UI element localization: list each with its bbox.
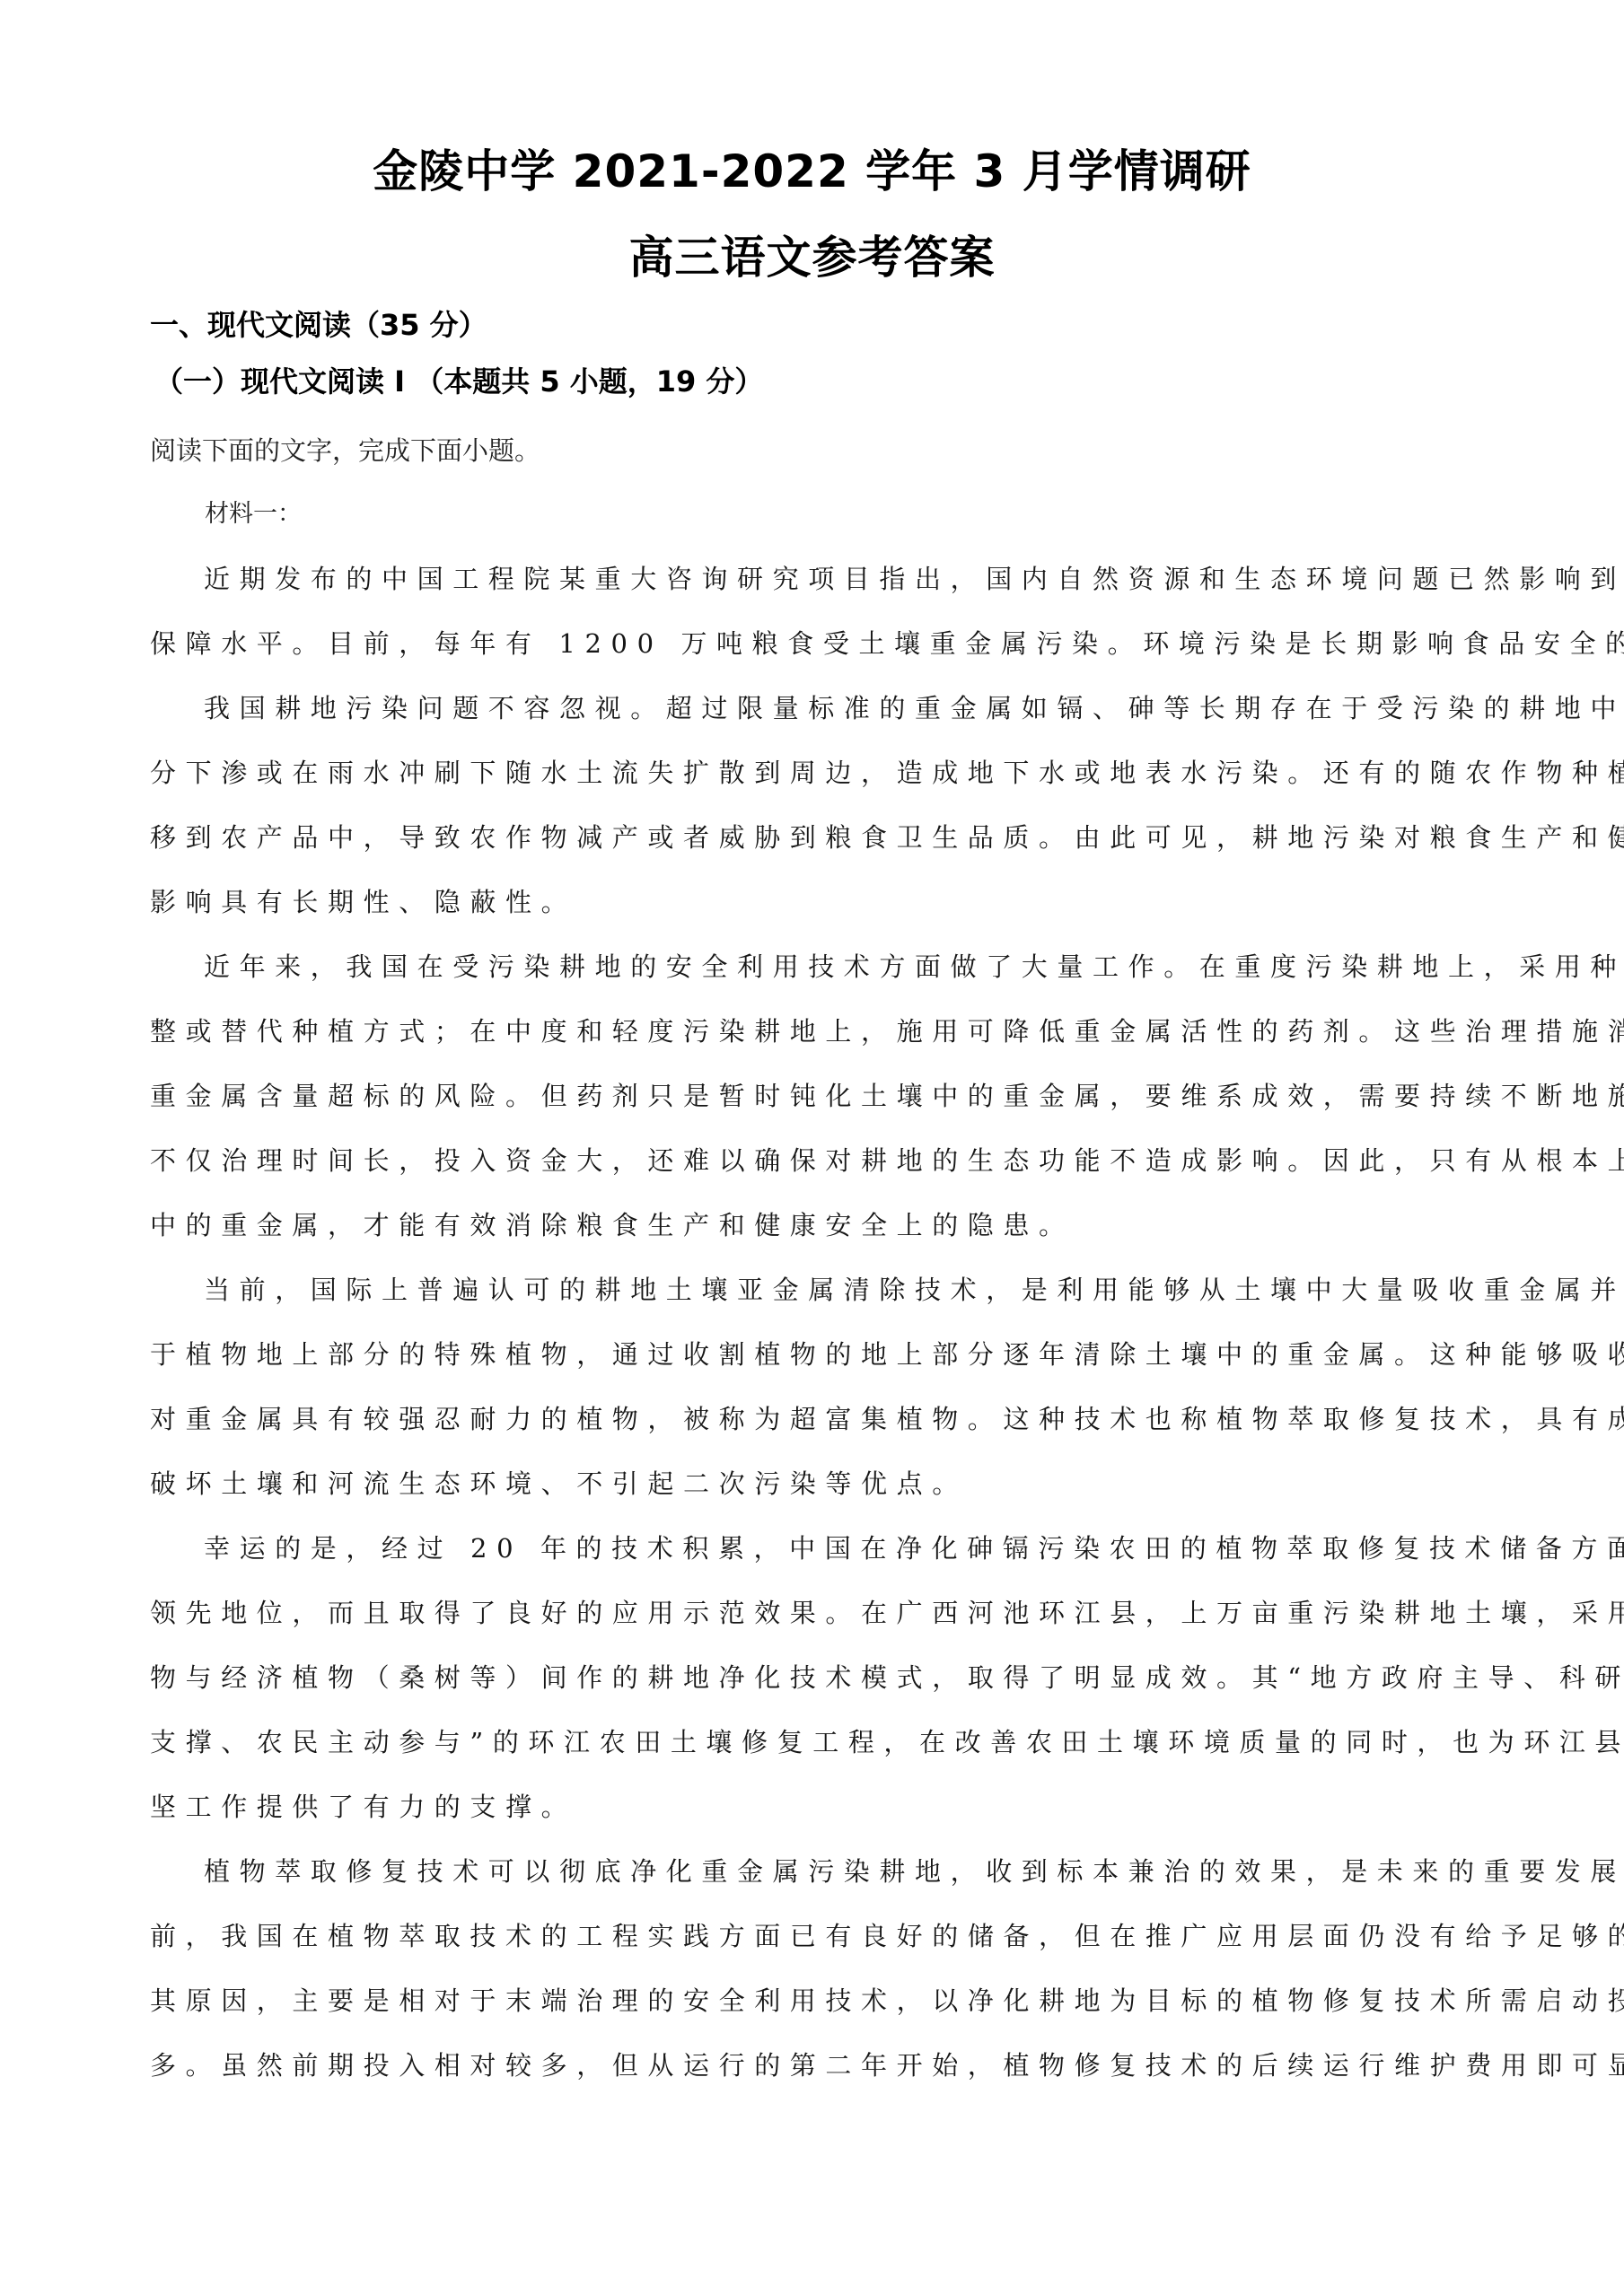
paragraph-1: 近期发布的中国工程院某重大咨询研究项目指出，国内自然资源和生态环境问题已然影响到…	[150, 560, 1474, 689]
paragraph-line: 支撑、农民主动参与”的环江农田土壤修复工程，在改善农田土壤环境质量的同时，也为环…	[150, 1723, 1474, 1788]
paragraph-line: 我国耕地污染问题不容忽视。超过限量标准的重金属如镉、砷等长期存在于受污染的耕地中…	[150, 689, 1474, 754]
paragraph-line: 于植物地上部分的特殊植物，通过收割植物的地上部分逐年清除土壤中的重金属。这种能够…	[150, 1336, 1474, 1400]
paragraph-line: 坚工作提供了有力的支撑。	[150, 1788, 1474, 1853]
paragraph-5: 幸运的是，经过 20 年的技术积累，中国在净化砷镉污染农田的植物萃取修复技术储备…	[150, 1529, 1474, 1853]
paragraph-line: 不仅治理时间长，投入资金大，还难以确保对耕地的生态功能不造成影响。因此，只有从根…	[150, 1142, 1474, 1206]
material-label: 材料一：	[205, 496, 302, 532]
paragraph-line: 近期发布的中国工程院某重大咨询研究项目指出，国内自然资源和生态环境问题已然影响到…	[150, 560, 1474, 625]
paragraph-4: 当前，国际上普遍认可的耕地土壤亚金属清除技术，是利用能够从土壤中大量吸收重金属并…	[150, 1271, 1474, 1529]
subsection-heading: （一）现代文阅读 I （本题共 5 小题，19 分）	[154, 362, 763, 401]
paragraph-line: 物与经济植物（桑树等）间作的耕地净化技术模式，取得了明显成效。其“地方政府主导、…	[150, 1659, 1474, 1723]
section-heading: 一、现代文阅读（35 分）	[150, 305, 487, 345]
paragraph-line: 整或替代种植方式；在中度和轻度污染耕地上，施用可降低重金属活性的药剂。这些治理措…	[150, 1012, 1474, 1077]
paragraph-line: 影响具有长期性、隐蔽性。	[150, 883, 1474, 948]
paragraph-line: 中的重金属，才能有效消除粮食生产和健康安全上的隐患。	[150, 1206, 1474, 1271]
paragraph-3: 近年来，我国在受污染耕地的安全利用技术方面做了大量工作。在重度污染耕地上，采用种…	[150, 948, 1474, 1271]
paragraph-line: 植物萃取修复技术可以彻底净化重金属污染耕地，收到标本兼治的效果，是未来的重要发展…	[150, 1853, 1474, 1917]
paragraph-line: 对重金属具有较强忍耐力的植物，被称为超富集植物。这种技术也称植物萃取修复技术，具…	[150, 1400, 1474, 1465]
paragraph-line: 分下渗或在雨水冲刷下随水土流失扩散到周边，造成地下水或地表水污染。还有的随农作物…	[150, 754, 1474, 819]
reading-instruction: 阅读下面的文字，完成下面小题。	[150, 433, 540, 469]
paragraph-line: 移到农产品中，导致农作物减产或者威胁到粮食卫生品质。由此可见，耕地污染对粮食生产…	[150, 819, 1474, 883]
paragraph-line: 近年来，我国在受污染耕地的安全利用技术方面做了大量工作。在重度污染耕地上，采用种…	[150, 948, 1474, 1012]
paragraph-2: 我国耕地污染问题不容忽视。超过限量标准的重金属如镉、砷等长期存在于受污染的耕地中…	[150, 689, 1474, 948]
paragraph-line: 当前，国际上普遍认可的耕地土壤亚金属清除技术，是利用能够从土壤中大量吸收重金属并…	[150, 1271, 1474, 1336]
paragraph-line: 其原因，主要是相对于末端治理的安全利用技术，以净化耕地为目标的植物修复技术所需启…	[150, 1982, 1474, 2046]
paragraph-6: 植物萃取修复技术可以彻底净化重金属污染耕地，收到标本兼治的效果，是未来的重要发展…	[150, 1853, 1474, 2111]
paragraph-line: 保障水平。目前，每年有 1200 万吨粮食受土壤重金属污染。环境污染是长期影响食…	[150, 625, 1474, 689]
paragraph-line: 破坏土壤和河流生态环境、不引起二次污染等优点。	[150, 1465, 1474, 1529]
paragraph-line: 前，我国在植物萃取技术的工程实践方面已有良好的储备，但在推广应用层面仍没有给予足…	[150, 1917, 1474, 1982]
document-title: 金陵中学 2021-2022 学年 3 月学情调研	[0, 144, 1624, 199]
paragraph-line: 重金属含量超标的风险。但药剂只是暂时钝化土壤中的重金属，要维系成效，需要持续不断…	[150, 1077, 1474, 1142]
paragraph-line: 幸运的是，经过 20 年的技术积累，中国在净化砷镉污染农田的植物萃取修复技术储备…	[150, 1529, 1474, 1594]
paragraph-line: 多。虽然前期投入相对较多，但从运行的第二年开始，植物修复技术的后续运行维护费用即…	[150, 2046, 1474, 2111]
passage-body: 近期发布的中国工程院某重大咨询研究项目指出，国内自然资源和生态环境问题已然影响到…	[150, 560, 1474, 2111]
paragraph-line: 领先地位，而且取得了良好的应用示范效果。在广西河池环江县，上万亩重污染耕地土壤，…	[150, 1594, 1474, 1659]
document-subtitle: 高三语文参考答案	[0, 230, 1624, 285]
document-page: 金陵中学 2021-2022 学年 3 月学情调研 高三语文参考答案 一、现代文…	[0, 0, 1624, 2296]
